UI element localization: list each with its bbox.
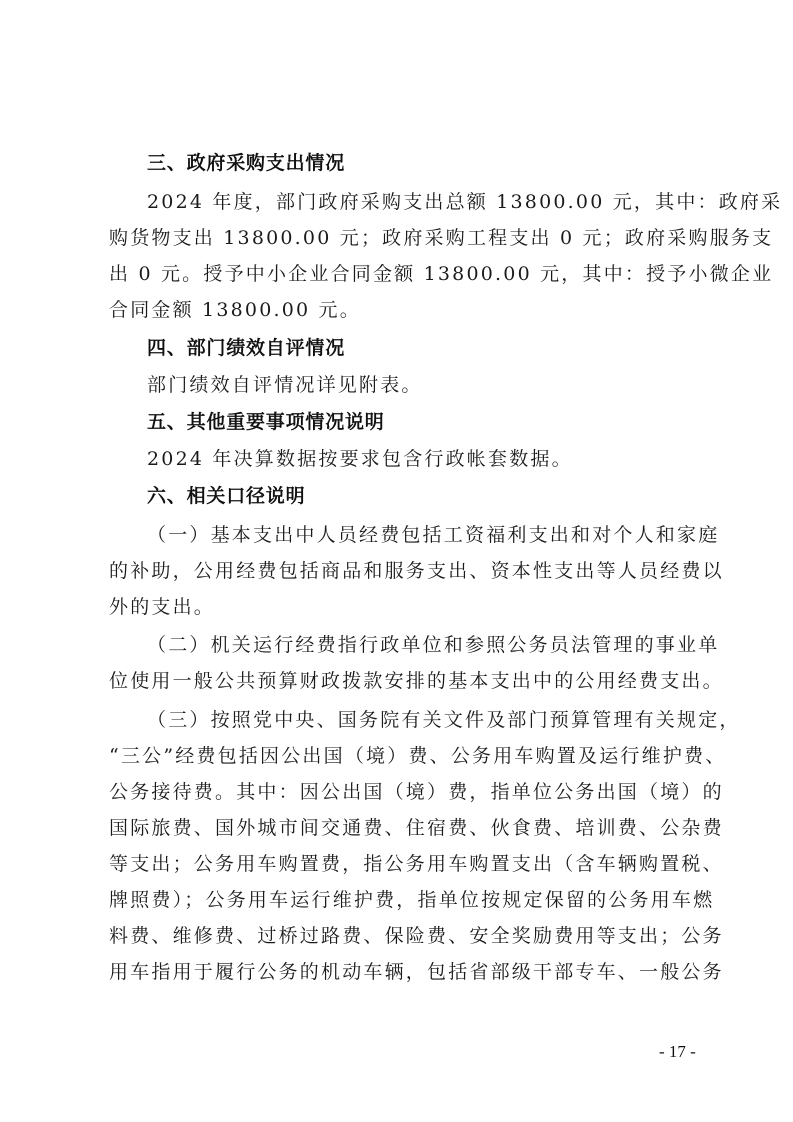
paragraph-line: 料费、维修费、过桥过路费、保险费、安全奖励费用等支出；公务 [109, 921, 699, 951]
paragraph-line: 2024 年决算数据按要求包含行政帐套数据。 [109, 444, 699, 474]
paragraph-line: 位使用一般公共预算财政拨款安排的基本支出中的公用经费支出。 [109, 666, 699, 696]
paragraph-line: 牌照费）；公务用车运行维护费，指单位按规定保留的公务用车燃 [109, 885, 699, 915]
paragraph-line: 2024 年度，部门政府采购支出总额 13800.00 元，其中：政府采 [109, 187, 699, 217]
paragraph-line: “三公”经费包括因公出国（境）费、公务用车购置及运行维护费、 [109, 741, 699, 771]
paragraph-line: （三）按照党中央、国务院有关文件及部门预算管理有关规定， [109, 705, 699, 735]
section-heading-other-important-matters: 五、其他重要事项情况说明 [109, 407, 699, 437]
paragraph-line: 出 0 元。授予中小企业合同金额 13800.00 元，其中：授予小微企业 [109, 259, 699, 289]
paragraph-line: （二）机关运行经费指行政单位和参照公务员法管理的事业单 [109, 630, 699, 660]
paragraph-line: 外的支出。 [109, 592, 699, 622]
section-heading-government-procurement: 三、政府采购支出情况 [109, 148, 699, 178]
paragraph-line: 购货物支出 13800.00 元；政府采购工程支出 0 元；政府采购服务支 [109, 223, 699, 253]
paragraph-line: 的补助，公用经费包括商品和服务支出、资本性支出等人员经费以 [109, 556, 699, 586]
section-heading-performance-self-evaluation: 四、部门绩效自评情况 [109, 333, 699, 363]
paragraph-line: 公务接待费。其中：因公出国（境）费，指单位公务出国（境）的 [109, 777, 699, 807]
page-number: - 17 - [659, 1042, 696, 1062]
paragraph-line: 等支出；公务用车购置费，指公务用车购置支出（含车辆购置税、 [109, 849, 699, 879]
paragraph-line: 合同金额 13800.00 元。 [109, 295, 699, 325]
paragraph-line: 用车指用于履行公务的机动车辆，包括省部级干部专车、一般公务 [109, 957, 699, 987]
paragraph-line: 国际旅费、国外城市间交通费、住宿费、伙食费、培训费、公杂费 [109, 813, 699, 843]
paragraph-line: （一）基本支出中人员经费包括工资福利支出和对个人和家庭 [109, 520, 699, 550]
paragraph-line: 部门绩效自评情况详见附表。 [109, 370, 699, 400]
section-heading-definitions: 六、相关口径说明 [109, 481, 699, 511]
